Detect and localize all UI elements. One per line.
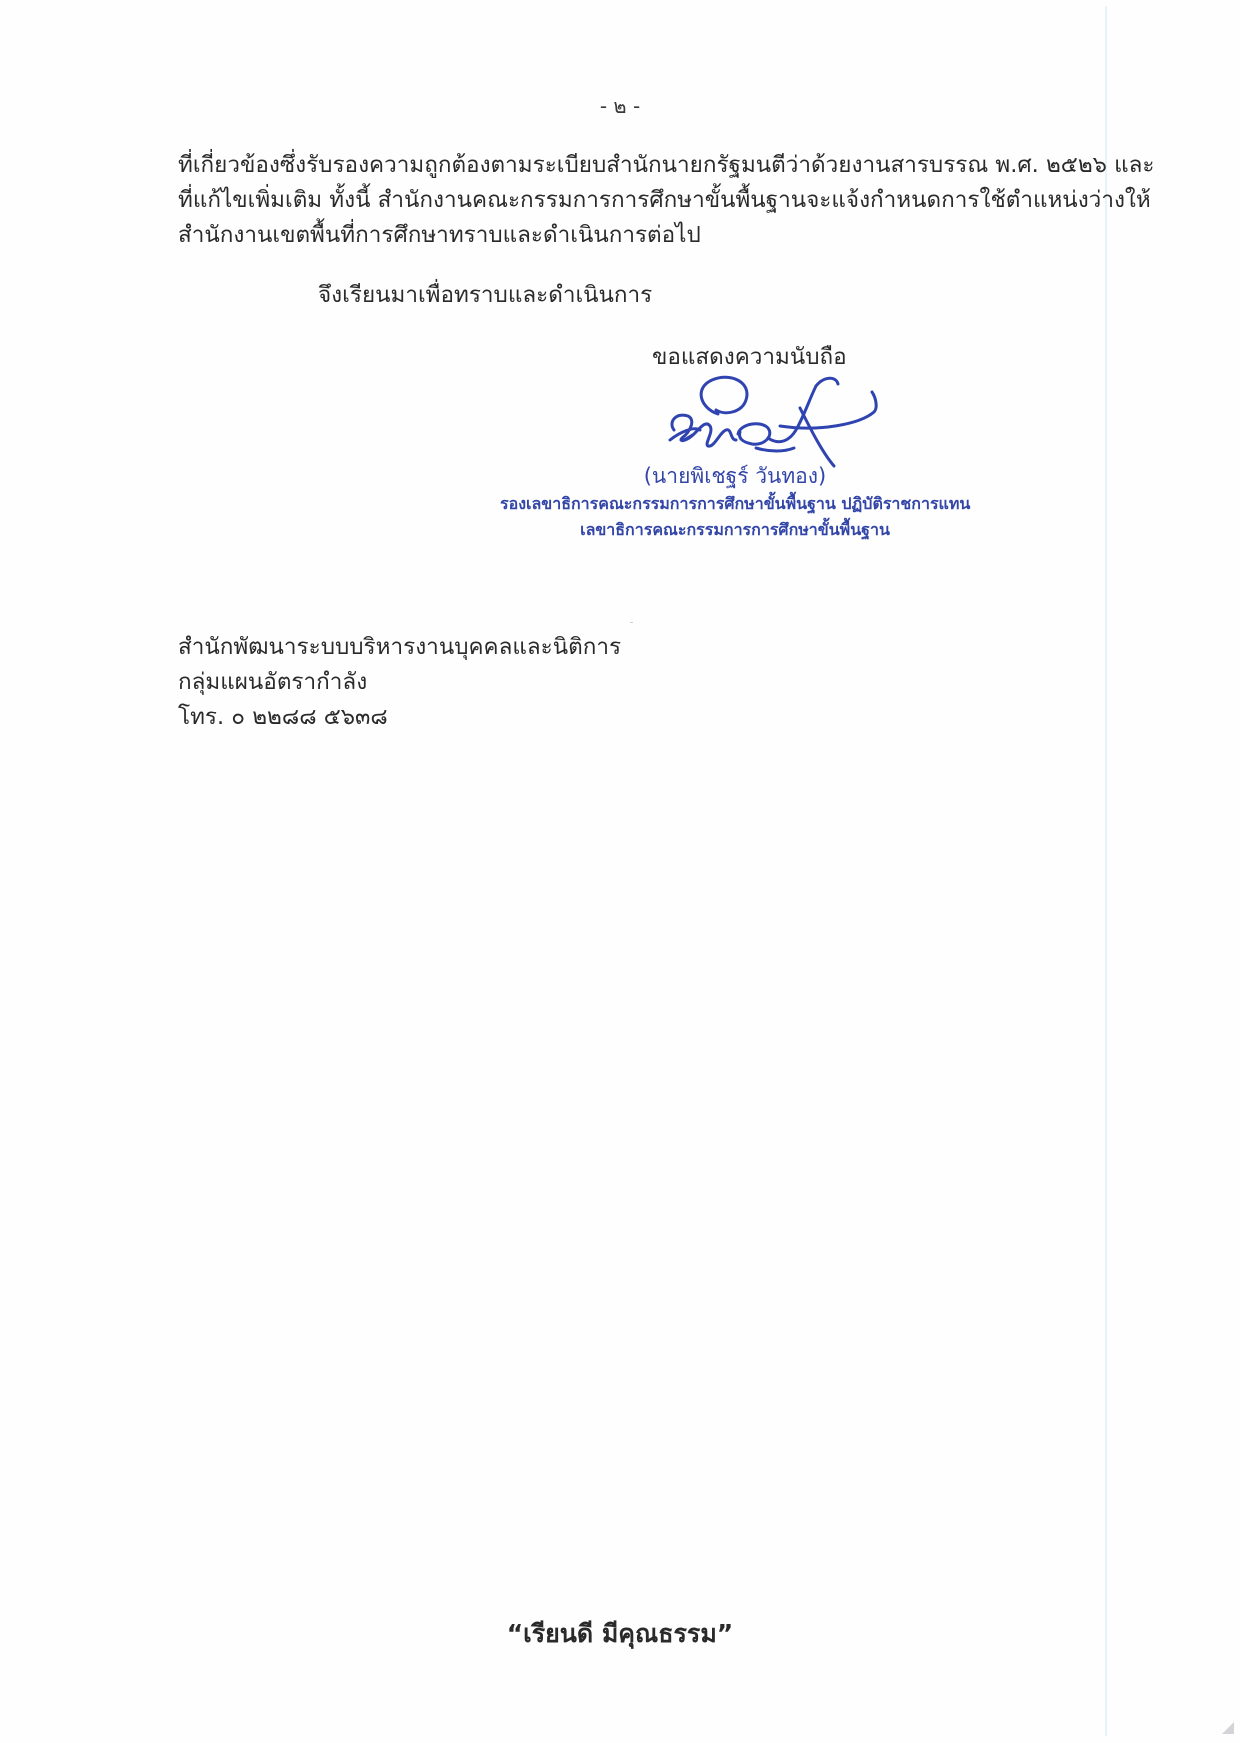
scan-artifact-line bbox=[1105, 6, 1107, 1736]
footer-motto: “เรียนดี มีคุณธรรม” bbox=[0, 1614, 1240, 1654]
signer-title-line-1: รองเลขาธิการคณะกรรมการการศึกษาขั้นพื้นฐา… bbox=[500, 492, 970, 517]
page-corner-mark bbox=[1222, 1722, 1234, 1734]
document-page: - ๒ - ที่เกี่ยวข้องซึ่งรับรองความถูกต้อง… bbox=[0, 0, 1240, 1743]
page-number: - ๒ - bbox=[0, 90, 1240, 122]
body-line-3: สำนักงานเขตพื้นที่การศึกษาทราบและดำเนินก… bbox=[178, 218, 1133, 253]
body-paragraph: ที่เกี่ยวข้องซึ่งรับรองความถูกต้องตามระเ… bbox=[178, 148, 1133, 253]
office-group: กลุ่มแผนอัตรากำลัง bbox=[178, 665, 621, 700]
signer-name: (นายพิเชฐร์ วันทอง) bbox=[500, 460, 970, 493]
signer-title-line-2: เลขาธิการคณะกรรมการการศึกษาขั้นพื้นฐาน bbox=[500, 518, 970, 543]
office-phone: โทร. ๐ ๒๒๘๘ ๕๖๓๘ bbox=[178, 700, 621, 735]
closing-request: จึงเรียนมาเพื่อทราบและดำเนินการ bbox=[318, 276, 652, 312]
body-line-1: ที่เกี่ยวข้องซึ่งรับรองความถูกต้องตามระเ… bbox=[178, 148, 1133, 183]
scan-speck bbox=[630, 622, 633, 623]
office-department: สำนักพัฒนาระบบบริหารงานบุคคลและนิติการ bbox=[178, 630, 621, 665]
office-contact-block: สำนักพัฒนาระบบบริหารงานบุคคลและนิติการ ก… bbox=[178, 630, 621, 735]
body-line-2: ที่แก้ไขเพิ่มเติม ทั้งนี้ สำนักงานคณะกรร… bbox=[178, 183, 1133, 218]
